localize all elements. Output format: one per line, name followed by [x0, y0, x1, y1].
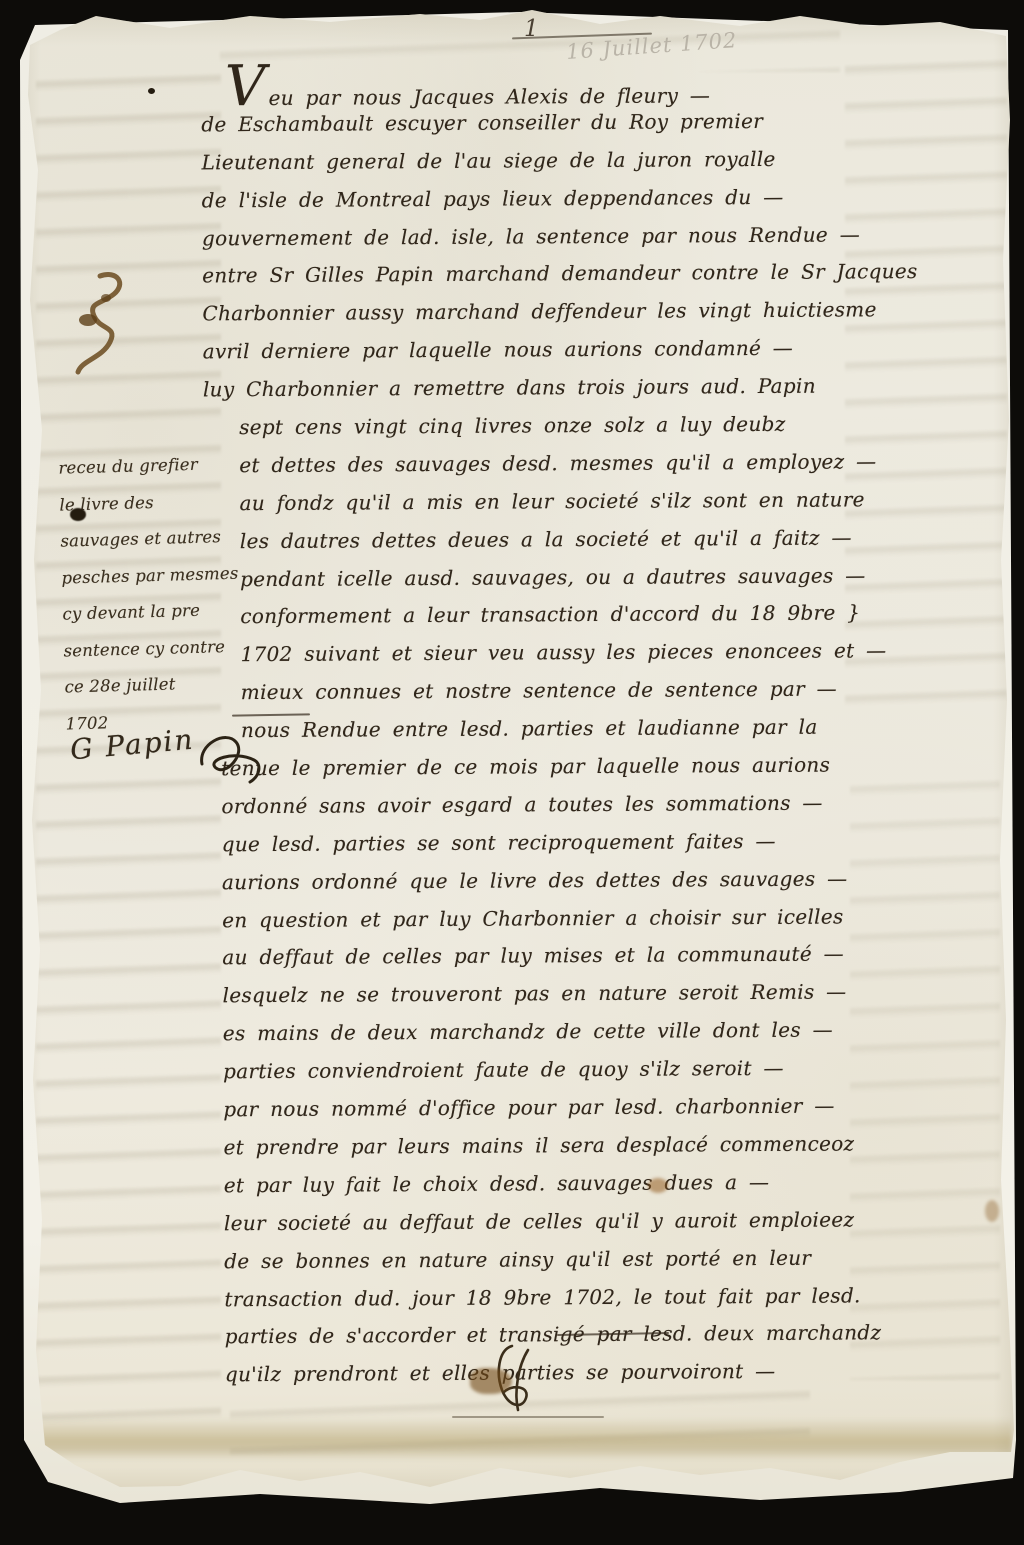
- manuscript-line: pendant icelle ausd. sauvages, ou a daut…: [240, 556, 984, 598]
- manuscript-line: Charbonnier aussy marchand deffendeur le…: [202, 291, 982, 334]
- manuscript-line: luy Charbonnier a remettre dans trois jo…: [203, 367, 983, 410]
- manuscript-line: sept cens vingt cinq livres onze solz a …: [239, 405, 983, 447]
- manuscript-line: Veu par nous Jacques Alexis de fleury —: [225, 64, 981, 107]
- manuscript-line: leur societé au deffaut de celles qu'il …: [224, 1200, 988, 1243]
- manuscript-line: avril derniere par laquelle nous aurions…: [203, 329, 983, 372]
- manuscript-line: ordonné sans avoir esgard a toutes les s…: [221, 784, 985, 827]
- manuscript-line: es mains de deux marchandz de cette vill…: [223, 1011, 987, 1054]
- manuscript-line: et par luy fait le choix desd. sauvages …: [224, 1162, 988, 1205]
- manuscript-line: en question et par luy Charbonnier a cho…: [222, 897, 986, 940]
- margin-note-line: pesches par mesmes: [61, 555, 247, 597]
- manuscript-line: au fondz qu'il a mis en leur societé s'i…: [240, 480, 984, 522]
- manuscript-line: conformement a leur transaction d'accord…: [240, 594, 984, 636]
- paraph-flourish: [468, 1340, 578, 1418]
- manuscript-line: au deffaut de celles par luy mises et la…: [222, 935, 986, 978]
- manuscript-line: Lieutenant general de l'au siege de la j…: [201, 139, 981, 182]
- margin-note-line: receu du grefier: [58, 445, 244, 487]
- manuscript-line: de Eschambault escuyer conseiller du Roy…: [201, 102, 981, 145]
- manuscript-line: mieux connues et nostre sentence de sent…: [241, 670, 985, 712]
- manuscript-line: qu'ilz prendront et elles parties se pou…: [225, 1352, 989, 1395]
- signature-flourish: [196, 726, 266, 786]
- manuscript-line: nous Rendue entre lesd. parties et laudi…: [241, 708, 985, 750]
- manuscript-line: tenue le premier de ce mois par laquelle…: [221, 746, 985, 789]
- margin-note-line: ce 28e juillet: [64, 664, 250, 706]
- document-page: 1 16 Juillet 1702 Veu par nous Jacques A…: [0, 0, 1024, 1545]
- manuscript-line: 1702 suivant et sieur veu aussy les piec…: [240, 632, 984, 674]
- scanned-manuscript: 1 16 Juillet 1702 Veu par nous Jacques A…: [0, 0, 1024, 1545]
- bottom-edge-stain-band: [36, 1418, 1012, 1460]
- margin-note-line: le livre des: [59, 482, 245, 524]
- manuscript-line: et prendre par leurs mains il sera despl…: [223, 1125, 987, 1168]
- manuscript-line: de l'isle de Montreal pays lieux deppend…: [202, 177, 982, 220]
- manuscript-line: transaction dud. jour 18 9bre 1702, le t…: [224, 1276, 988, 1319]
- ink-spot: [148, 88, 155, 94]
- manuscript-line: parties conviendroient faute de quoy s'i…: [223, 1049, 987, 1092]
- margin-note-line: cy devant la pre: [62, 591, 248, 633]
- manuscript-line: gouvernement de lad. isle, la sentence p…: [202, 215, 982, 258]
- manuscript-line: entre Sr Gilles Papin marchand demandeur…: [202, 253, 982, 296]
- manuscript-line: lesquelz ne se trouveront pas en nature …: [223, 973, 987, 1016]
- margin-note-line: sentence cy contre: [63, 628, 249, 670]
- margin-note-line: sauvages et autres: [60, 518, 246, 560]
- manuscript-line: et dettes des sauvages desd. mesmes qu'i…: [239, 443, 983, 485]
- manuscript-line: de se bonnes en nature ainsy qu'il est p…: [224, 1238, 988, 1281]
- manuscript-line: les dautres dettes deues a la societé et…: [240, 518, 984, 560]
- margin-note: receu du grefierle livre dessauvages et …: [58, 445, 251, 742]
- manuscript-line: par nous nommé d'office pour par lesd. c…: [223, 1087, 987, 1130]
- manuscript-line: parties de s'accorder et transigé par le…: [225, 1314, 989, 1357]
- manuscript-line: aurions ordonné que le livre des dettes …: [222, 859, 986, 902]
- ink-blot: [48, 268, 144, 380]
- archival-date-pencil: 16 Juillet 1702: [565, 28, 738, 64]
- manuscript-body: Veu par nous Jacques Alexis de fleury —d…: [201, 64, 989, 1395]
- manuscript-line: que lesd. parties se sont reciproquement…: [222, 821, 986, 864]
